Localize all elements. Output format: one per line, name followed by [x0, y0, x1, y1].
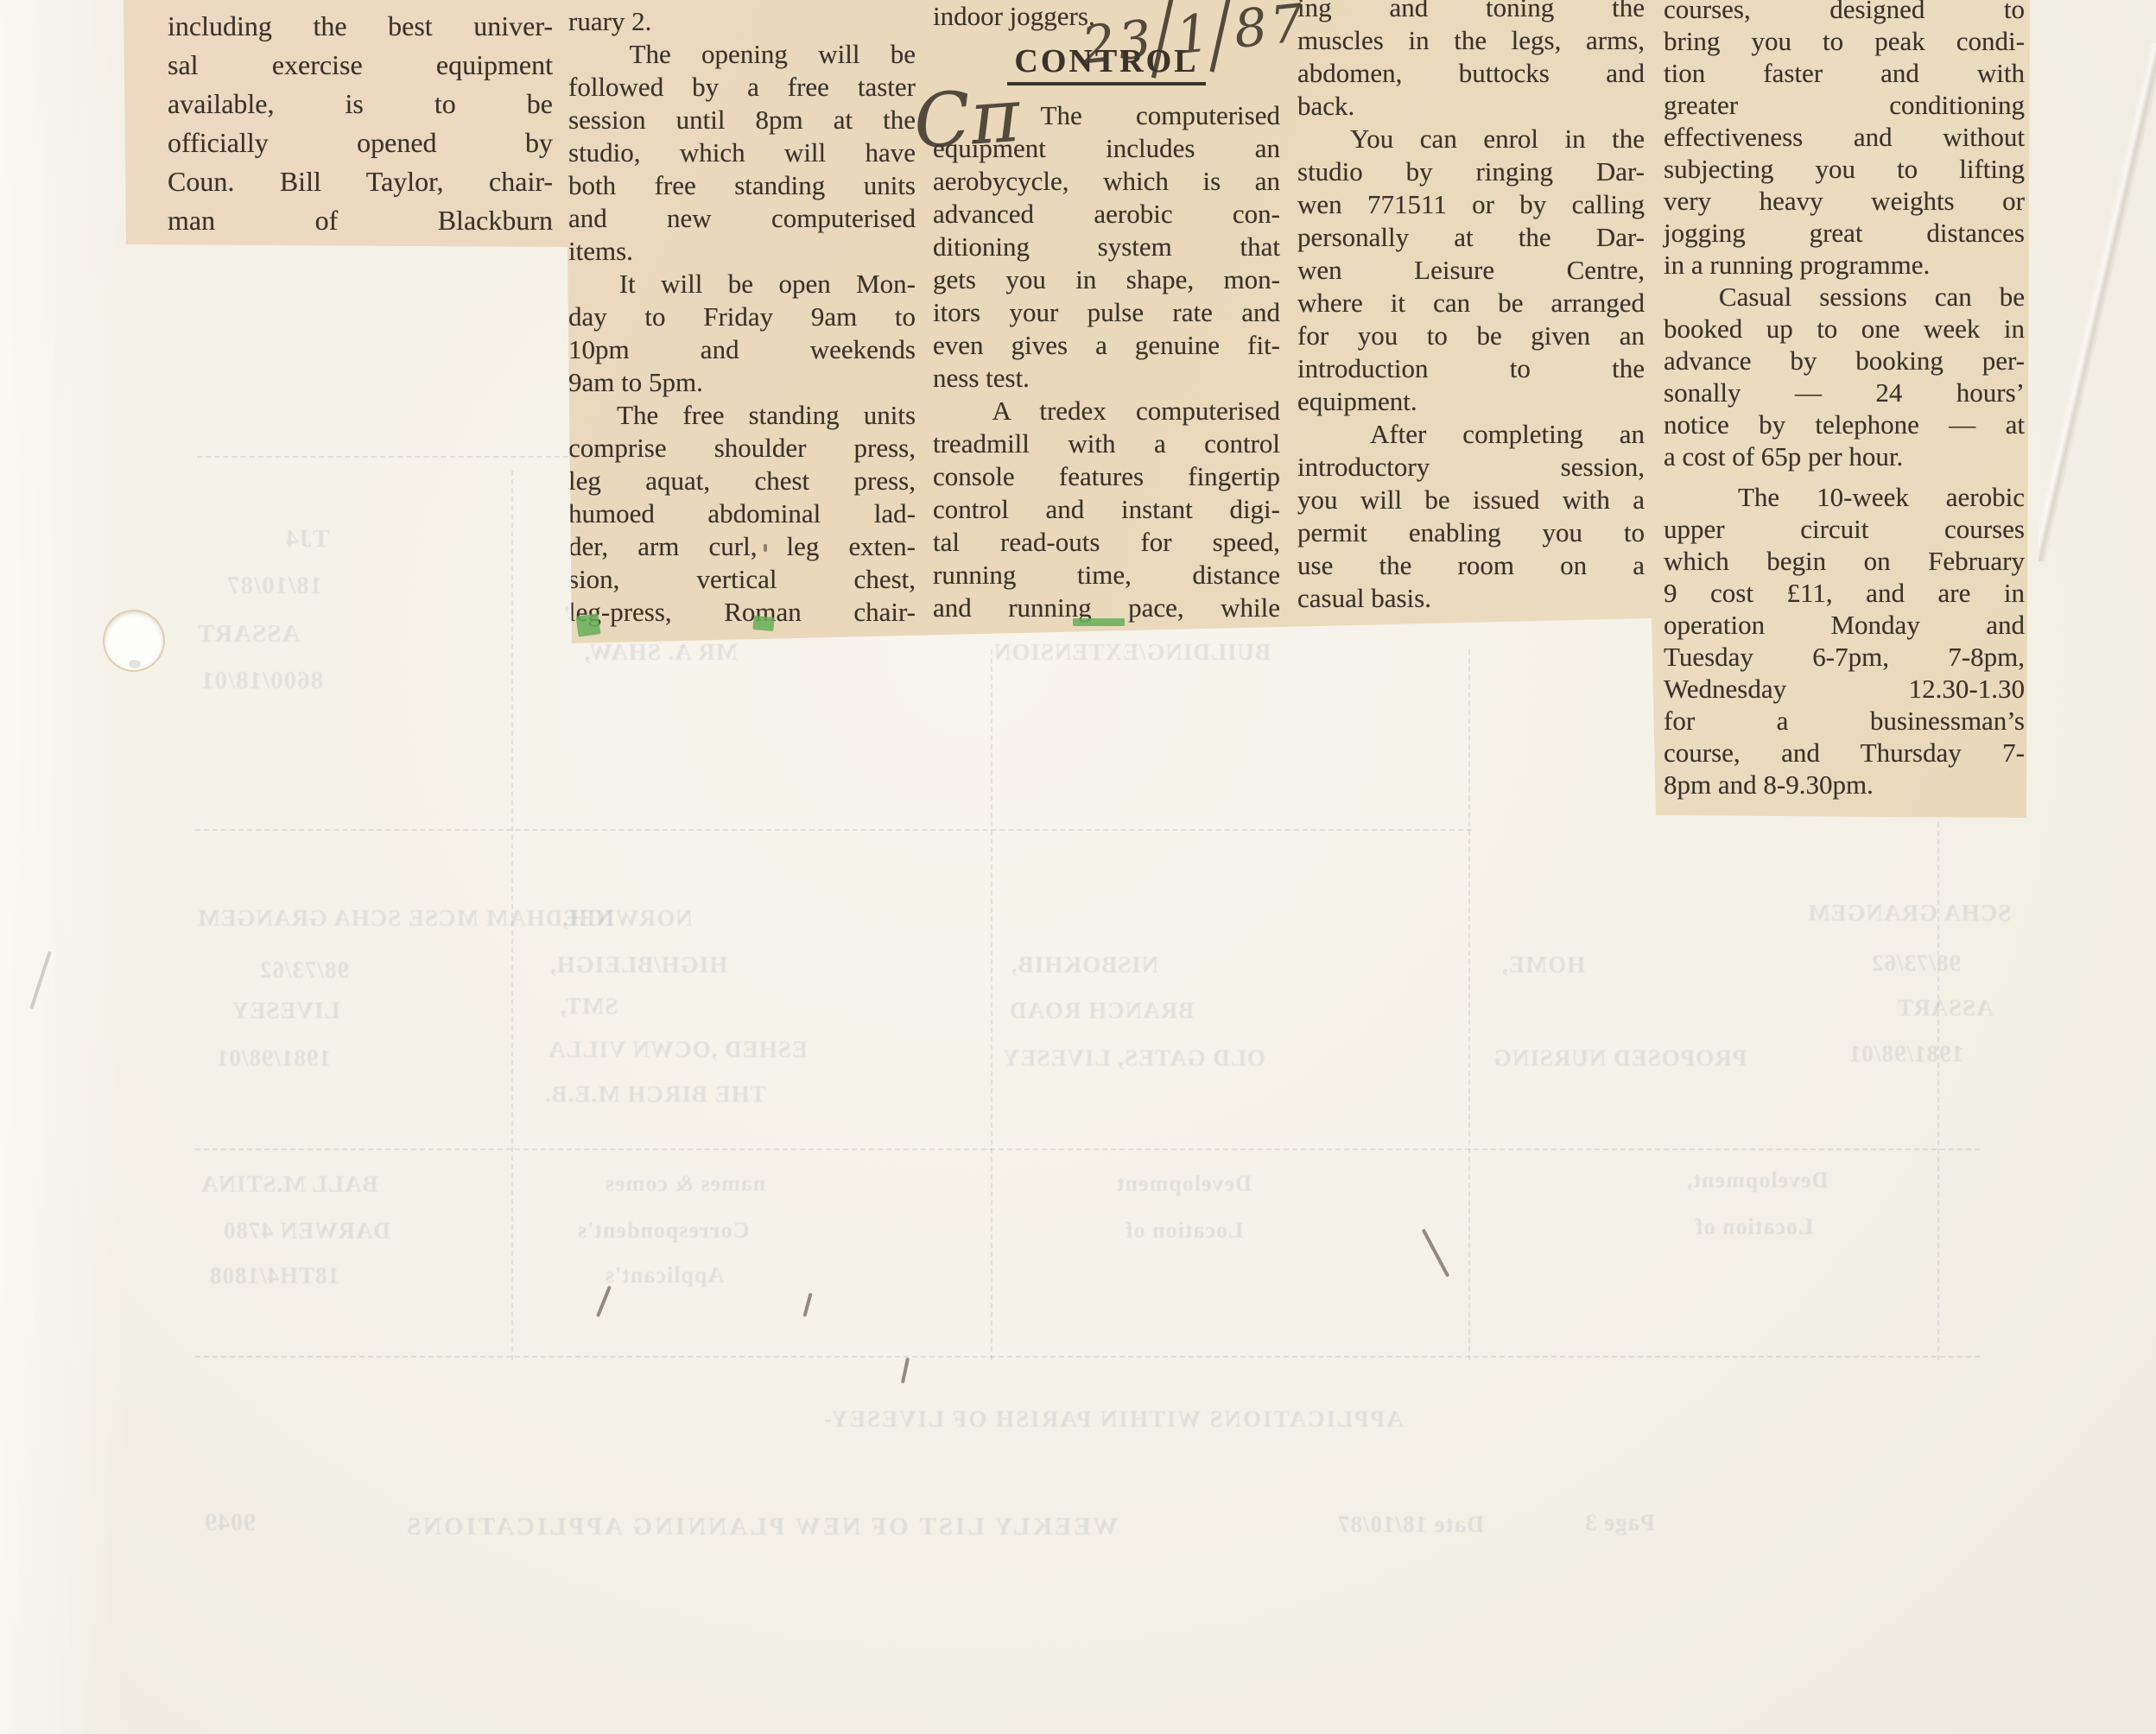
handwritten-slash: /: [1152, 0, 1179, 100]
article-line: including the best univer-: [168, 7, 553, 46]
article-line: wen Leisure Centre,: [1297, 254, 1645, 287]
article-line: for a businessman’s: [1664, 705, 2025, 737]
article-line: comprise shoulder press,: [568, 432, 916, 465]
article-line: Casual sessions can be: [1664, 281, 2025, 313]
bleedthrough-fragment: Applicant's: [605, 1263, 724, 1288]
article-line: control and instant digi-: [933, 493, 1280, 526]
article-line: wen 771511 or by calling: [1297, 188, 1645, 221]
bleedthrough-fragment: names & comes: [605, 1171, 765, 1197]
article-line: items.: [568, 235, 916, 268]
green-pen-mark: [1073, 618, 1125, 626]
bleedthrough-fragment: WEEKLY LIST OF NEW PLANNING APPLICATIONS: [404, 1513, 1119, 1541]
article-line: introductory session,: [1297, 451, 1645, 484]
article-line: sal exercise equipment: [168, 46, 553, 85]
bleedthrough-fragment: PROPOSED NURSING: [1493, 1045, 1747, 1072]
article-line: course, and Thursday 7-: [1664, 737, 2025, 769]
bleedthrough-fragment: ASSART: [1897, 995, 1994, 1022]
bleedthrough-fragment: Correspondent's: [577, 1218, 749, 1244]
article-line: a cost of 65p per hour.: [1664, 440, 2025, 472]
bleedthrough-fragment: BALL M.STINA: [200, 1171, 378, 1198]
article-line: 9 cost £11, and are in: [1664, 577, 2025, 609]
bleedthrough-fragment: TJ4: [285, 525, 329, 554]
article-line: leg-press, Roman chair-: [568, 596, 916, 629]
article-line: permit enabling you to: [1297, 516, 1645, 549]
article-line: personally at the Dar-: [1297, 221, 1645, 254]
article-line: studio, which will have: [568, 136, 916, 169]
bleedthrough-dashed-rule: [1937, 822, 1939, 1360]
article-line: use the room on a: [1297, 549, 1645, 582]
handwritten-char: 2: [1079, 12, 1121, 76]
article-line: 10pm and weekends: [568, 333, 916, 366]
article-line: ditioning system that: [933, 231, 1280, 263]
article-line: aerobycycle, which is an: [933, 165, 1280, 198]
bleedthrough-fragment: Location of: [1125, 1218, 1243, 1244]
bleedthrough-fragment: ASSART: [197, 620, 300, 649]
article-line: treadmill with a control: [933, 427, 1280, 460]
article-line: followed by a free taster: [568, 71, 916, 104]
article-line: humoed abdominal lad-: [568, 497, 916, 530]
article-line: 9am to 5pm.: [568, 366, 916, 399]
article-line: subjecting you to lifting: [1664, 153, 2025, 185]
bleedthrough-fragment: APPLICATIONS WITHIN PARISH OF LIVESEY-: [822, 1406, 1404, 1433]
article-line: you will be issued with a: [1297, 484, 1645, 516]
article-line: der, arm curl, leg exten-: [568, 530, 916, 563]
article-line: 8pm and 8-9.30pm.: [1664, 769, 2025, 801]
article-line: jogging great distances: [1664, 217, 2025, 249]
article-line: advanced aerobic con-: [933, 198, 1280, 231]
handwritten-slash: /: [1210, 0, 1237, 94]
article-column-1: welincluding the best univer-sal exercis…: [168, 0, 553, 240]
article-line: bring you to peak condi-: [1664, 25, 2025, 57]
article-line: which begin on February: [1664, 545, 2025, 577]
article-line: The free standing units: [568, 399, 916, 432]
article-line: leg aquat, chest press,: [568, 465, 916, 497]
green-pen-mark: [575, 613, 600, 636]
article-line: operation Monday and: [1664, 609, 2025, 641]
green-pen-mark: [752, 616, 774, 631]
punched-hole: [105, 611, 163, 670]
article-column-3-body: The computerisedequipment includes anaer…: [933, 99, 1280, 624]
handwritten-initials: Cπ: [911, 73, 1023, 166]
article-column-4: ing and toning themuscles in the legs, a…: [1297, 0, 1645, 615]
article-line: equipment.: [1297, 385, 1645, 418]
bleedthrough-fragment: 98/73/62: [1871, 950, 1961, 977]
article-line: abdomen, buttocks and: [1297, 57, 1645, 90]
bleedthrough-dashed-line: [197, 456, 568, 458]
bleedthrough-fragment: Location of: [1695, 1214, 1813, 1240]
bleedthrough-fragment: THE BIRCH M.E.B.: [544, 1081, 766, 1108]
handwritten-char: 3: [1115, 9, 1157, 73]
article-line: itors your pulse rate and: [933, 296, 1280, 329]
bleedthrough-fragment: NISBOKHIB,: [1011, 952, 1158, 978]
bleedthrough-fragment: OLD GATES, LIVESEY: [1002, 1045, 1265, 1072]
bleedthrough-fragment: BUILDING/EXTENSION: [993, 639, 1271, 666]
article-line: sonally — 24 hours’: [1664, 377, 2025, 408]
article-line: console features fingertip: [933, 460, 1280, 493]
article-line: booked up to one week in: [1664, 313, 2025, 345]
article-line: Coun. Bill Taylor, chair-: [168, 162, 553, 201]
bleedthrough-fragment: Development,: [1686, 1168, 1828, 1193]
bleedthrough-fragment: 8600/18/01: [200, 667, 323, 695]
article-line: ruary 2.: [568, 5, 916, 38]
article-line: advance by booking per-: [1664, 345, 2025, 377]
bleedthrough-fragment: NORWICH,: [561, 905, 693, 932]
article-line: notice by telephone — at: [1664, 408, 2025, 440]
article-line: tion faster and with: [1664, 57, 2025, 89]
article-line: The 10-week aerobic: [1664, 481, 2025, 513]
article-line: and new computerised: [568, 202, 916, 235]
article-line: greater conditioning: [1664, 89, 2025, 121]
article-line: studio by ringing Dar-: [1297, 155, 1645, 188]
bleedthrough-fragment: Development: [1116, 1171, 1252, 1197]
bleedthrough-fragment: DARWEN 4780: [223, 1218, 390, 1244]
bleedthrough-fragment: 98/73/62: [259, 957, 349, 984]
article-line: You can enrol in the: [1297, 123, 1645, 155]
handwritten-char: 7: [1267, 0, 1309, 57]
bleedthrough-fragment: NEEDHAM MCSE SCHA GRANGEM: [197, 905, 613, 932]
article-line: After completing an: [1297, 418, 1645, 451]
article-line: running time, distance: [933, 559, 1280, 592]
article-line: back.: [1297, 90, 1645, 123]
scanned-page: { "page": { "background_color": "#f5f2ea…: [0, 0, 2156, 1734]
article-line: gets you in shape, mon-: [933, 263, 1280, 296]
article-line: very heavy weights or: [1664, 185, 2025, 217]
bleedthrough-fragment: 9049: [204, 1509, 256, 1537]
bleedthrough-fragment: SCHA GRANGEM: [1807, 900, 2011, 927]
article-line: day to Friday 9am to: [568, 301, 916, 333]
article-line: A tredex computerised: [933, 395, 1280, 427]
article-line: both free standing units: [568, 169, 916, 202]
bleedthrough-dashed-rule: [991, 649, 992, 1360]
article-line: casual basis.: [1297, 582, 1645, 615]
bleedthrough-fragment: BRANCH ROAD: [1009, 997, 1194, 1024]
bleedthrough-fragment: Date 18/10/87: [1337, 1511, 1484, 1538]
article-line: ing and toning the: [1297, 0, 1645, 24]
article-line: sion, vertical chest,: [568, 563, 916, 596]
article-line: Tuesday 6-7pm, 7-8pm,: [1664, 641, 2025, 673]
article-line: It will be open Mon-: [568, 268, 916, 301]
article-line: in a running programme.: [1664, 249, 2025, 281]
article-line: ness test.: [933, 362, 1280, 395]
article-line: available, is to be: [168, 85, 553, 123]
bleedthrough-fragment: 1981/98/01: [216, 1045, 331, 1072]
bleedthrough-dashed-line: [195, 1356, 1980, 1357]
bleedthrough-fragment: LIVESEY: [231, 997, 340, 1024]
handwritten-char: 8: [1231, 0, 1273, 60]
article-line: where it can be arranged: [1297, 287, 1645, 320]
bleedthrough-fragment: 18TH4/1808: [209, 1263, 339, 1289]
article-line: officially opened by: [168, 123, 553, 162]
article-line: introduction to the: [1297, 352, 1645, 385]
bleedthrough-fragment: 18/10/87: [226, 572, 322, 600]
article-line: effectiveness and without: [1664, 121, 2025, 153]
bleedthrough-fragment: SMT,: [560, 993, 618, 1020]
article-column-2: ruary 2. The opening will befollowed by …: [568, 5, 916, 629]
bleedthrough-fragment: 1981/98/01: [1848, 1041, 1963, 1067]
handwritten-char: 1: [1173, 3, 1215, 66]
article-column-5: courses, designed tobring you to peak co…: [1664, 0, 2025, 801]
bleedthrough-fragment: HIGH/BLEIGH,: [549, 952, 727, 978]
article-line: Wednesday 12.30-1.30: [1664, 673, 2025, 705]
article-line: man of Blackburn: [168, 201, 553, 240]
bleedthrough-fragment: Page 3: [1584, 1509, 1655, 1536]
bleedthrough-fragment: MR A. SHAW,: [584, 639, 738, 666]
article-line: tal read-outs for speed,: [933, 526, 1280, 559]
punched-hole-notch: [129, 660, 141, 668]
bleedthrough-fragment: HOME,: [1501, 952, 1585, 978]
stray-pen-stroke: [764, 544, 767, 552]
article-line: even gives a genuine fit-: [933, 329, 1280, 362]
article-line: upper circuit courses: [1664, 513, 2025, 545]
bleedthrough-dashed-line: [195, 829, 1472, 831]
bleedthrough-dashed-line: [195, 1149, 1980, 1150]
article-line: session until 8pm at the: [568, 104, 916, 136]
article-line: courses, designed to: [1664, 0, 2025, 25]
article-line: muscles in the legs, arms,: [1297, 24, 1645, 57]
article-line: wel: [168, 0, 553, 7]
article-line: for you to be given an: [1297, 320, 1645, 352]
article-line: The opening will be: [568, 38, 916, 71]
bleedthrough-fragment: ESHED ,OCWN VILLA: [548, 1036, 808, 1063]
bleedthrough-dashed-rule: [1468, 649, 1470, 1360]
bleedthrough-dashed-rule: [511, 471, 513, 1360]
